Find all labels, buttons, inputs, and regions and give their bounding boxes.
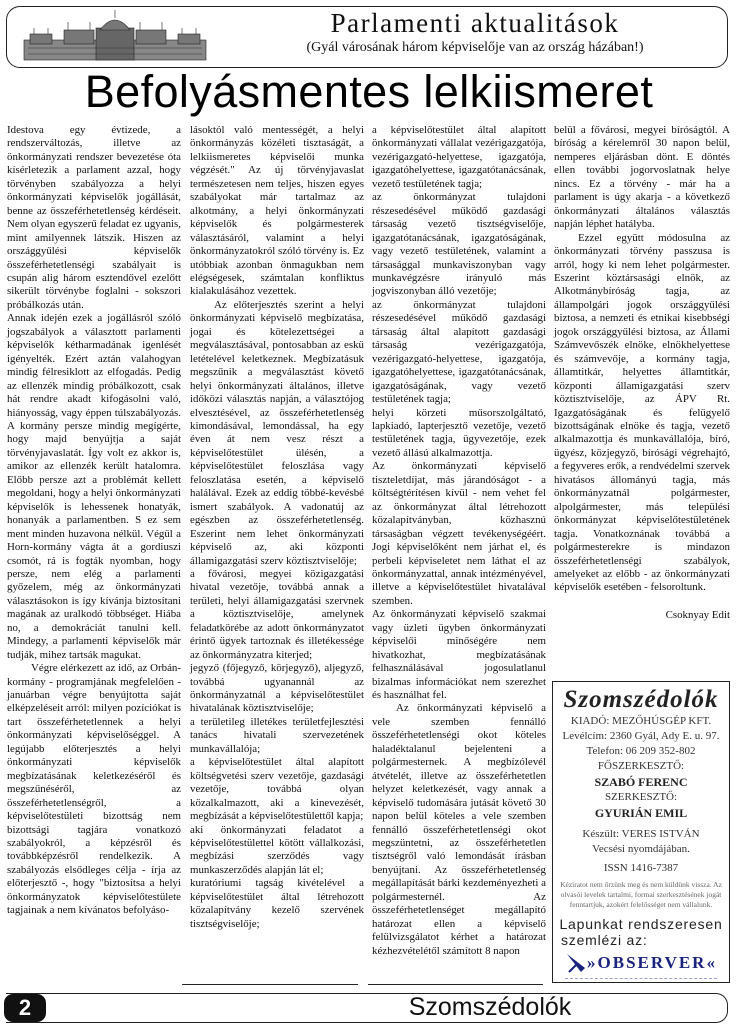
list-item: jegyző (főjegyző, körjegyző), aljegyző, … <box>190 662 364 716</box>
editor: GYURIÁN EMIL <box>553 805 729 821</box>
disclaimer: Kéziratot nem őrzünk meg és nem küldünk … <box>553 880 729 910</box>
article-headline: Befolyásmentes lelkiismeret <box>0 66 738 118</box>
list-item: kuratóriumi tagság kivételével a képvise… <box>190 877 364 931</box>
paragraph: Az önkormányzati képviselő a vele szembe… <box>372 702 546 958</box>
section-subtitle: (Gyál városának három képviselője van az… <box>225 40 725 56</box>
quill-pen-icon <box>565 952 587 974</box>
footer-title: Szomszédolók <box>300 992 680 1022</box>
editor-in-chief-label: FŐSZERKESZTŐ: <box>553 759 729 774</box>
editor-label: SZERKESZTŐ: <box>553 790 729 805</box>
list-item: az önkormányzat tulajdoni részesedésével… <box>372 191 546 299</box>
observer-wordmark: »OBSERVER« <box>587 953 717 973</box>
review-line-2: szemlézi az: <box>553 932 729 948</box>
paragraph: Az önkormányzati képviselő szakmai vagy … <box>372 608 546 702</box>
article-column-2: lásoktól való mentességét, a helyi önkor… <box>190 124 364 931</box>
article-column-1: Idestova egy évtizede, a rendszerváltozá… <box>7 124 181 918</box>
publisher: KIADÓ: MEZŐHÚSGÉP KFT. <box>553 714 729 729</box>
paragraph: Idestova egy évtizede, a rendszerváltozá… <box>7 124 181 312</box>
parliament-building-icon <box>20 10 210 64</box>
printed-by: Készült: VERES ISTVÁN <box>553 827 729 842</box>
phone: Telefon: 06 209 352-802 <box>553 744 729 759</box>
section-title: Parlamenti aktualitások <box>225 8 725 39</box>
masthead-title: Szomszédolók <box>553 686 729 714</box>
observer-underline <box>565 978 717 985</box>
article-column-3: a képviselőtestület által alapított önko… <box>372 124 546 958</box>
printer: Vecsési nyomdájában. <box>553 842 729 857</box>
author-signature: Csoknyay Edit <box>554 609 730 622</box>
observer-logo: »OBSERVER« <box>553 952 729 974</box>
article-column-4: belül a fővárosi, megyei bíróságtól. A b… <box>554 124 730 622</box>
masthead-box: Szomszédolók KIADÓ: MEZŐHÚSGÉP KFT. Levé… <box>552 681 730 983</box>
page-number: 2 <box>4 994 46 1022</box>
address: Levélcím: 2360 Gyál, Ady E. u. 97. <box>553 729 729 744</box>
editor-in-chief: SZABÓ FERENC <box>553 774 729 790</box>
paragraph: Ezzel együtt módosulna az önkormányzati … <box>554 232 730 595</box>
paragraph: Az előterjesztés szerint a helyi önkormá… <box>190 299 364 568</box>
issn: ISSN 1416-7387 <box>553 861 729 876</box>
paragraph: Végre elérkezett az idő, az Orbán-kormán… <box>7 662 181 918</box>
column-rule <box>368 984 543 985</box>
list-item: a képviselőtestület által alapított költ… <box>190 756 364 823</box>
list-item: az önkormányzat tulajdoni részesedésével… <box>372 299 546 407</box>
list-item: a területileg illetékes területfejleszté… <box>190 716 364 756</box>
paragraph: Annak idején ezek a jogállásról szóló jo… <box>7 312 181 662</box>
list-item: a képviselőtestület által alapított önko… <box>372 124 546 191</box>
paragraph: lásoktól való mentességét, a helyi önkor… <box>190 124 364 299</box>
list-item: a fővárosi, megyei közigazgatási hivatal… <box>190 568 364 662</box>
list-item: helyi körzeti műsorszolgáltató, lapkiadó… <box>372 407 546 461</box>
column-rule <box>182 984 358 985</box>
paragraph: Az önkormányzati képviselő tiszteletdíja… <box>372 460 546 608</box>
list-item: aki önkormányzati feladatot a képviselőt… <box>190 824 364 878</box>
review-line-1: Lapunkat rendszeresen <box>553 916 729 932</box>
paragraph: belül a fővárosi, megyei bíróságtól. A b… <box>554 124 730 232</box>
